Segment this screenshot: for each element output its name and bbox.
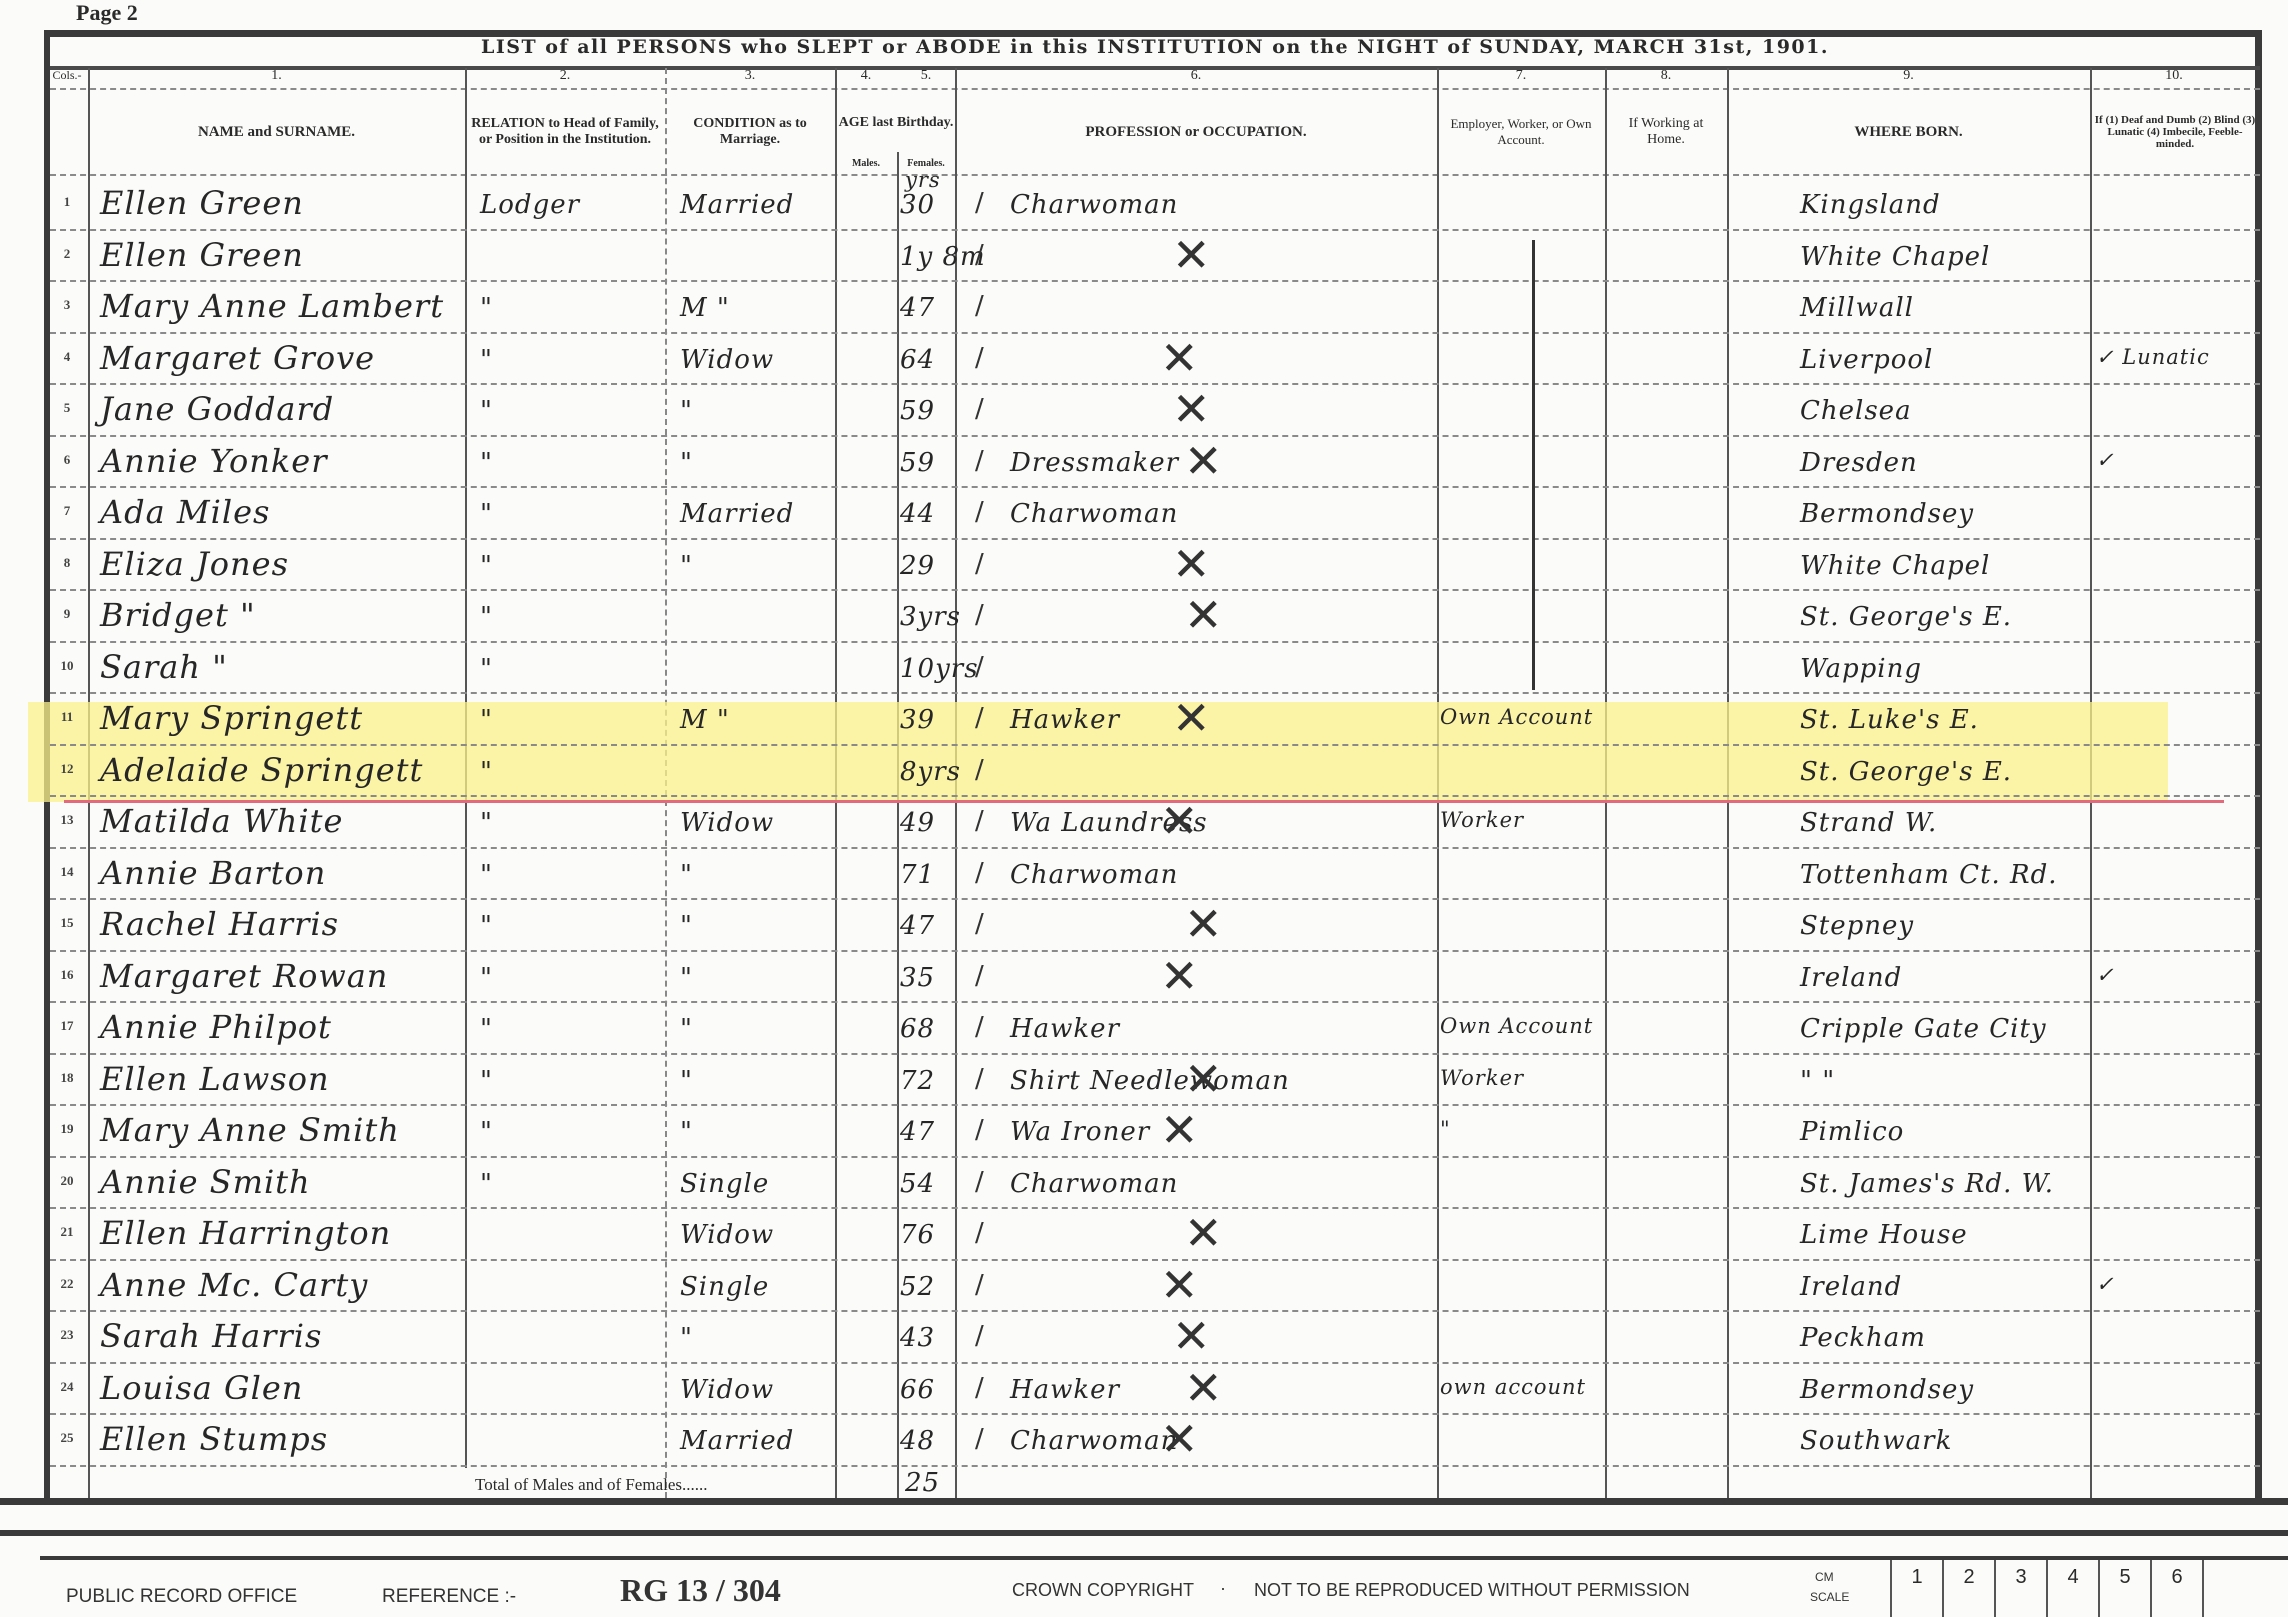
relation-cell: "	[480, 499, 493, 529]
birthplace-cell: Liverpool	[1800, 345, 1933, 375]
row-rule	[50, 1053, 2260, 1055]
birthplace-cell: Pimlico	[1800, 1117, 1904, 1147]
condition-cell: "	[680, 1066, 693, 1096]
scale-label: SCALE	[1810, 1590, 1849, 1604]
tally-tick-icon: /	[975, 600, 984, 630]
row-rule	[50, 589, 2260, 591]
tally-tick-icon: /	[975, 652, 984, 682]
name-cell: Sarah "	[100, 648, 228, 686]
scale-mark: 6	[2150, 1560, 2202, 1617]
age-female-cell: 35	[900, 963, 935, 993]
name-cell: Ellen Lawson	[100, 1060, 330, 1098]
tally-tick-icon: /	[975, 188, 984, 218]
tally-tick-icon: /	[975, 806, 984, 836]
age-female-cell: 47	[900, 1117, 935, 1147]
age-female-cell: 64	[900, 345, 935, 375]
condition-cell: "	[680, 963, 693, 993]
row-rule	[50, 229, 2260, 231]
row-rule	[50, 1413, 2260, 1415]
age-female-cell: 66	[900, 1375, 935, 1405]
row-rule	[50, 1001, 2260, 1003]
tally-tick-icon: /	[975, 961, 984, 991]
occupation-cell: Charwoman	[1010, 1169, 1178, 1199]
employer-cell: "	[1440, 1117, 1451, 1141]
occupation-cell: Hawker	[1010, 1014, 1120, 1044]
condition-cell: M "	[680, 705, 730, 735]
age-female-cell: 59	[900, 448, 935, 478]
birthplace-cell: Peckham	[1800, 1323, 1926, 1353]
tally-tick-icon: /	[975, 1012, 984, 1042]
name-cell: Louisa Glen	[100, 1369, 303, 1407]
birthplace-cell: Dresden	[1800, 448, 1918, 478]
row-rule	[50, 641, 2260, 643]
birthplace-cell: Kingsland	[1800, 190, 1941, 220]
cross-out-icon: ✕	[1160, 1258, 1199, 1312]
condition-cell: Married	[680, 190, 794, 220]
condition-cell: Single	[680, 1272, 769, 1302]
birthplace-cell: White Chapel	[1800, 551, 1990, 581]
cross-out-icon: ✕	[1172, 228, 1211, 282]
cross-out-icon: ✕	[1160, 331, 1199, 385]
name-cell: Matilda White	[100, 802, 343, 840]
row-number: 17	[52, 1018, 82, 1034]
condition-cell: Widow	[680, 808, 774, 838]
colnum-10: 10.	[2090, 68, 2258, 84]
birthplace-cell: " "	[1800, 1066, 1835, 1096]
tally-tick-icon: /	[975, 549, 984, 579]
relation-cell: "	[480, 654, 493, 684]
header-employer: Employer, Worker, or Own Account.	[1445, 92, 1597, 172]
age-female-cell: 49	[900, 808, 935, 838]
header-occupation: PROFESSION or OCCUPATION.	[955, 92, 1437, 172]
cross-out-icon: ✕	[1172, 1309, 1211, 1363]
row-rule	[50, 795, 2260, 797]
row-number: 1	[52, 194, 82, 210]
tally-tick-icon: /	[975, 343, 984, 373]
header-rule	[50, 174, 2260, 176]
tally-tick-icon: /	[975, 1167, 984, 1197]
employer-cell: Own Account	[1440, 705, 1593, 729]
age-female-cell: 54	[900, 1169, 935, 1199]
row-number: 22	[52, 1276, 82, 1292]
birthplace-cell: Southwark	[1800, 1426, 1952, 1456]
row-number: 24	[52, 1379, 82, 1395]
row-rule	[50, 744, 2260, 746]
cross-out-icon: ✕	[1160, 949, 1199, 1003]
colnum-5: 5.	[897, 68, 955, 84]
scale-mark: 2	[1942, 1560, 1994, 1617]
tally-tick-icon: /	[975, 858, 984, 888]
ditto-stroke	[1532, 240, 1535, 690]
age-female-cell: 52	[900, 1272, 935, 1302]
birthplace-cell: Chelsea	[1800, 396, 1912, 426]
condition-cell: "	[680, 551, 693, 581]
footer-reference-label: REFERENCE :-	[382, 1586, 516, 1608]
cross-out-icon: ✕	[1160, 1412, 1199, 1466]
infirmity-cell: ✓	[2096, 448, 2115, 472]
relation-cell: "	[480, 345, 493, 375]
colnum-8: 8.	[1605, 68, 1727, 84]
cross-out-icon: ✕	[1184, 588, 1223, 642]
age-female-cell: 59	[900, 396, 935, 426]
birthplace-cell: Strand W.	[1800, 808, 1937, 838]
row-number: 23	[52, 1327, 82, 1343]
cross-out-icon: ✕	[1184, 897, 1223, 951]
tally-tick-icon: /	[975, 1270, 984, 1300]
row-rule	[50, 1259, 2260, 1261]
name-cell: Sarah Harris	[100, 1317, 322, 1355]
occupation-cell: Hawker	[1010, 1375, 1120, 1405]
col-divider	[897, 152, 899, 1498]
tally-tick-icon: /	[975, 909, 984, 939]
row-rule	[50, 435, 2260, 437]
infirmity-cell: ✓ Lunatic	[2096, 345, 2210, 369]
tally-tick-icon: /	[975, 1218, 984, 1248]
name-cell: Rachel Harris	[100, 905, 339, 943]
relation-cell: "	[480, 1014, 493, 1044]
relation-cell: "	[480, 293, 493, 323]
name-cell: Margaret Grove	[100, 339, 375, 377]
relation-cell: "	[480, 860, 493, 890]
row-rule	[50, 332, 2260, 334]
name-cell: Margaret Rowan	[100, 957, 388, 995]
employer-cell: Worker	[1440, 808, 1524, 832]
name-cell: Ellen Harrington	[100, 1214, 391, 1252]
occupation-cell: Charwoman	[1010, 499, 1178, 529]
employer-cell: Own Account	[1440, 1014, 1593, 1038]
tally-tick-icon: /	[975, 446, 984, 476]
name-cell: Annie Barton	[100, 854, 326, 892]
relation-cell: "	[480, 1117, 493, 1147]
row-number: 8	[52, 555, 82, 571]
relation-cell: "	[480, 757, 493, 787]
row-number: 15	[52, 915, 82, 931]
condition-cell: Widow	[680, 1375, 774, 1405]
row-rule	[50, 898, 2260, 900]
relation-cell: "	[480, 396, 493, 426]
header-infirmity: If (1) Deaf and Dumb (2) Blind (3) Lunat…	[2094, 92, 2256, 172]
footer-rule	[0, 1498, 2288, 1505]
birthplace-cell: White Chapel	[1800, 242, 1990, 272]
relation-cell: "	[480, 911, 493, 941]
row-number: 13	[52, 812, 82, 828]
name-cell: Ellen Green	[100, 184, 304, 222]
condition-cell: "	[680, 1323, 693, 1353]
schedule-title: LIST of all PERSONS who SLEPT or ABODE i…	[50, 36, 2260, 64]
footer-reference: RG 13 / 304	[620, 1572, 781, 1609]
total-label: Total of Males and of Females......	[475, 1475, 708, 1495]
row-number: 18	[52, 1070, 82, 1086]
name-cell: Mary Springett	[100, 699, 363, 737]
colnum-3: 3.	[665, 68, 835, 84]
condition-cell: "	[680, 911, 693, 941]
age-female-cell: 68	[900, 1014, 935, 1044]
age-female-cell: 47	[900, 911, 935, 941]
tally-tick-icon: /	[975, 703, 984, 733]
name-cell: Bridget "	[100, 596, 256, 634]
name-cell: Annie Smith	[100, 1163, 311, 1201]
row-number: 3	[52, 297, 82, 313]
cross-out-icon: ✕	[1172, 691, 1211, 745]
colnum-6: 6.	[955, 68, 1437, 84]
tally-tick-icon: /	[975, 1115, 984, 1145]
name-cell: Mary Anne Lambert	[100, 287, 444, 325]
row-number: 12	[52, 761, 82, 777]
name-cell: Annie Yonker	[100, 442, 328, 480]
age-female-cell: 44	[900, 499, 935, 529]
age-female-cell: 48	[900, 1426, 935, 1456]
footer-separator: ·	[1220, 1578, 1226, 1599]
row-rule	[50, 847, 2260, 849]
infirmity-cell: ✓	[2096, 963, 2115, 987]
footer-office: PUBLIC RECORD OFFICE	[66, 1586, 297, 1608]
condition-cell: Single	[680, 1169, 769, 1199]
age-female-cell: 3yrs	[900, 602, 961, 632]
name-cell: Anne Mc. Carty	[100, 1266, 368, 1304]
tally-tick-icon: /	[975, 1373, 984, 1403]
relation-cell: "	[480, 551, 493, 581]
relation-cell: Lodger	[480, 190, 580, 220]
red-underline	[64, 800, 2224, 803]
name-cell: Eliza Jones	[100, 545, 289, 583]
cross-out-icon: ✕	[1160, 794, 1199, 848]
header-where-born: WHERE BORN.	[1727, 92, 2090, 172]
cross-out-icon: ✕	[1184, 1206, 1223, 1260]
scale-label-cm: CM	[1815, 1570, 1834, 1584]
condition-cell: "	[680, 1117, 693, 1147]
row-number: 19	[52, 1121, 82, 1137]
birthplace-cell: St. George's E.	[1800, 757, 2012, 787]
name-cell: Adelaide Springett	[100, 751, 423, 789]
age-female-cell: 30	[900, 190, 935, 220]
row-rule	[50, 280, 2260, 282]
occupation-cell: Wa Ironer	[1010, 1117, 1150, 1147]
footer-copyright: CROWN COPYRIGHT	[1012, 1580, 1194, 1601]
header-condition: CONDITION as to Marriage.	[680, 92, 820, 172]
occupation-cell: Hawker	[1010, 705, 1120, 735]
relation-cell: "	[480, 963, 493, 993]
total-females: 25	[905, 1468, 940, 1498]
relation-cell: "	[480, 1169, 493, 1199]
colnum-2: 2.	[465, 68, 665, 84]
condition-cell: Married	[680, 499, 794, 529]
scale-mark: 3	[1994, 1560, 2046, 1617]
cross-out-icon: ✕	[1184, 434, 1223, 488]
tally-tick-icon: /	[975, 755, 984, 785]
birthplace-cell: Ireland	[1800, 963, 1902, 993]
relation-cell: "	[480, 602, 493, 632]
birthplace-cell: Tottenham Ct. Rd.	[1800, 860, 2058, 890]
header-age-males: Males.	[835, 158, 897, 169]
row-rule	[50, 1104, 2260, 1106]
cross-out-icon: ✕	[1172, 537, 1211, 591]
birthplace-cell: Bermondsey	[1800, 1375, 1974, 1405]
page-label: Page 2	[76, 0, 138, 26]
birthplace-cell: Wapping	[1800, 654, 1922, 684]
age-female-cell: 72	[900, 1066, 935, 1096]
name-cell: Jane Goddard	[100, 390, 334, 428]
row-number: 14	[52, 864, 82, 880]
occupation-cell: Charwoman	[1010, 190, 1178, 220]
tally-tick-icon: /	[975, 1064, 984, 1094]
cols-label: Cols.-	[46, 68, 88, 83]
birthplace-cell: St. Luke's E.	[1800, 705, 1979, 735]
relation-cell: "	[480, 705, 493, 735]
infirmity-cell: ✓	[2096, 1272, 2115, 1296]
header-age: AGE last Birthday.	[838, 92, 954, 154]
scale-mark: 4	[2046, 1560, 2098, 1617]
occupation-cell: Dressmaker	[1010, 448, 1179, 478]
age-female-cell: 71	[900, 860, 935, 890]
tally-tick-icon: /	[975, 497, 984, 527]
header-at-home: If Working at Home.	[1610, 92, 1722, 172]
birthplace-cell: Cripple Gate City	[1800, 1014, 2047, 1044]
footer-rule	[0, 1530, 2288, 1536]
occupation-cell: Shirt Needlewoman	[1010, 1066, 1290, 1096]
cross-out-icon: ✕	[1160, 1103, 1199, 1157]
tally-tick-icon: /	[975, 291, 984, 321]
cross-out-icon: ✕	[1184, 1361, 1223, 1415]
tally-tick-icon: /	[975, 1321, 984, 1351]
condition-cell: "	[680, 1014, 693, 1044]
footer-notice: NOT TO BE REPRODUCED WITHOUT PERMISSION	[1254, 1580, 1690, 1601]
colnum-rule	[50, 88, 2260, 90]
row-rule	[50, 1310, 2260, 1312]
name-cell: Ellen Stumps	[100, 1420, 328, 1458]
colnum-1: 1.	[88, 68, 465, 84]
header-relation: RELATION to Head of Family, or Position …	[468, 92, 662, 172]
age-female-cell: 29	[900, 551, 935, 581]
relation-cell: "	[480, 448, 493, 478]
name-cell: Ellen Green	[100, 236, 304, 274]
colnum-7: 7.	[1437, 68, 1605, 84]
row-number: 21	[52, 1224, 82, 1240]
employer-cell: own account	[1440, 1375, 1586, 1399]
row-number: 4	[52, 349, 82, 365]
row-rule	[50, 538, 2260, 540]
row-number: 7	[52, 503, 82, 519]
relation-cell: "	[480, 808, 493, 838]
row-rule	[50, 1362, 2260, 1364]
age-female-cell: 43	[900, 1323, 935, 1353]
age-unit-note: yrs	[905, 168, 941, 192]
relation-cell: "	[480, 1066, 493, 1096]
age-female-cell: 47	[900, 293, 935, 323]
row-number: 11	[52, 709, 82, 725]
cross-out-icon: ✕	[1172, 382, 1211, 436]
row-number: 5	[52, 400, 82, 416]
row-number: 9	[52, 606, 82, 622]
row-number: 10	[52, 658, 82, 674]
row-number: 16	[52, 967, 82, 983]
scale-mark: 5	[2098, 1560, 2150, 1617]
row-number: 25	[52, 1430, 82, 1446]
age-female-cell: 39	[900, 705, 935, 735]
birthplace-cell: Lime House	[1800, 1220, 1968, 1250]
row-rule	[50, 950, 2260, 952]
scale-mark: 1	[1890, 1560, 1942, 1617]
colnum-9: 9.	[1727, 68, 2090, 84]
age-female-cell: 10yrs	[900, 654, 979, 684]
age-female-cell: 76	[900, 1220, 935, 1250]
row-rule	[50, 1465, 2260, 1467]
birthplace-cell: Bermondsey	[1800, 499, 1974, 529]
condition-cell: Widow	[680, 1220, 774, 1250]
scale-end	[2202, 1560, 2254, 1617]
birthplace-cell: Stepney	[1800, 911, 1914, 941]
condition-cell: "	[680, 860, 693, 890]
birthplace-cell: St. James's Rd. W.	[1800, 1169, 2054, 1199]
occupation-cell: Charwoman	[1010, 1426, 1178, 1456]
name-cell: Annie Philpot	[100, 1008, 332, 1046]
condition-cell: M "	[680, 293, 730, 323]
condition-cell: "	[680, 448, 693, 478]
age-female-cell: 8yrs	[900, 757, 961, 787]
birthplace-cell: St. George's E.	[1800, 602, 2012, 632]
row-number: 6	[52, 452, 82, 468]
occupation-cell: Charwoman	[1010, 860, 1178, 890]
birthplace-cell: Ireland	[1800, 1272, 1902, 1302]
age-female-cell: 1y 8m	[900, 242, 986, 272]
birthplace-cell: Millwall	[1800, 293, 1914, 323]
tally-tick-icon: /	[975, 240, 984, 270]
row-rule	[50, 1156, 2260, 1158]
name-cell: Ada Miles	[100, 493, 270, 531]
condition-cell: Widow	[680, 345, 774, 375]
colnum-4: 4.	[835, 68, 897, 84]
header-name: NAME and SURNAME.	[88, 92, 465, 172]
row-rule	[50, 1207, 2260, 1209]
tally-tick-icon: /	[975, 394, 984, 424]
condition-cell: "	[680, 396, 693, 426]
condition-cell: Married	[680, 1426, 794, 1456]
tally-tick-icon: /	[975, 1424, 984, 1454]
name-cell: Mary Anne Smith	[100, 1111, 400, 1149]
employer-cell: Worker	[1440, 1066, 1524, 1090]
cross-out-icon: ✕	[1184, 1052, 1223, 1106]
row-number: 2	[52, 246, 82, 262]
row-rule	[50, 486, 2260, 488]
row-rule	[50, 383, 2260, 385]
row-rule	[50, 692, 2260, 694]
row-number: 20	[52, 1173, 82, 1189]
